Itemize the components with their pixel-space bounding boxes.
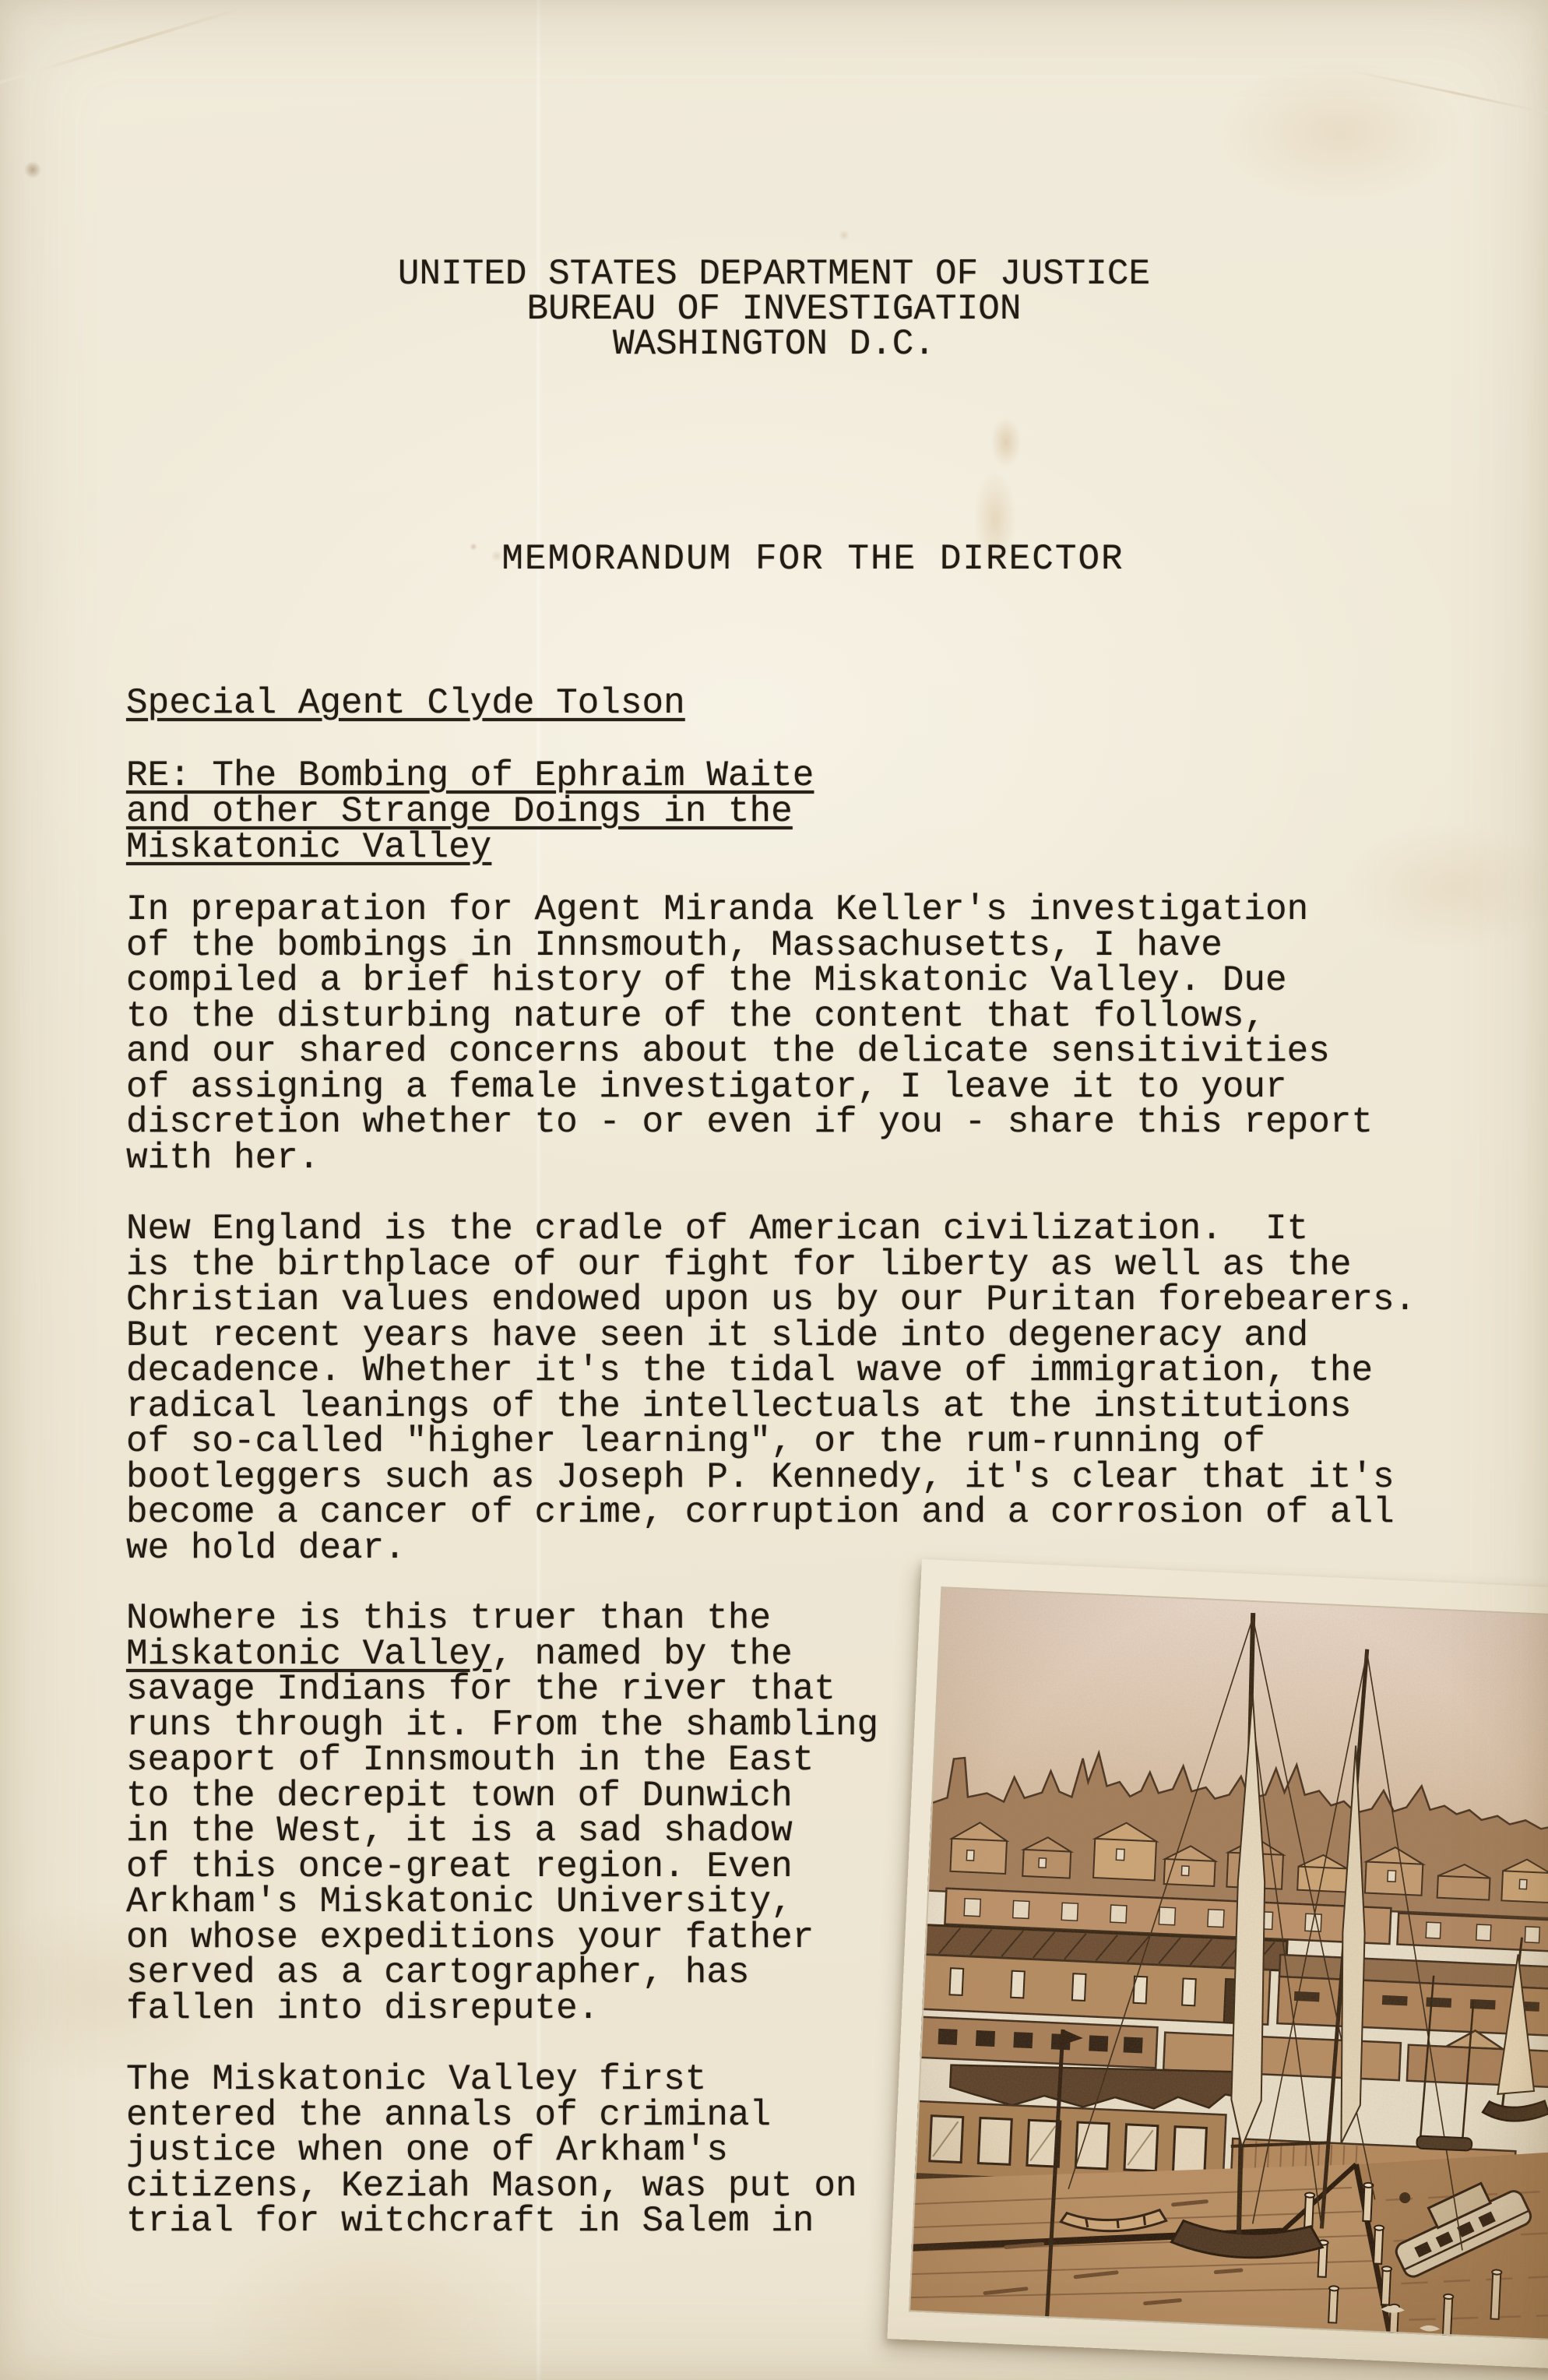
photo-vignette xyxy=(909,1586,1548,2340)
paragraph-3: Nowhere is this truer than the Miskatoni… xyxy=(126,1601,878,2026)
paragraph-4: The Miskatonic Valley first entered the … xyxy=(126,2062,857,2240)
memo-title: MEMORANDUM FOR THE DIRECTOR xyxy=(0,542,1548,578)
memo-page: UNITED STATES DEPARTMENT OF JUSTICE BURE… xyxy=(0,0,1548,2380)
letterhead-city: WASHINGTON D.C. xyxy=(613,324,935,364)
paragraph-2: New England is the cradle of American ci… xyxy=(126,1212,1416,1566)
paragraph-1: In preparation for Agent Miranda Keller'… xyxy=(126,892,1373,1176)
paragraph-3-text-continued: , named by the savage Indians for the ri… xyxy=(126,1634,878,2029)
paper-crease xyxy=(0,7,243,97)
paragraph-3-underlined-term: Miskatonic Valley xyxy=(126,1634,491,1674)
salutation: Special Agent Clyde Tolson xyxy=(126,686,685,722)
subject-line: RE: The Bombing of Ephraim Waite and oth… xyxy=(126,758,814,865)
paragraph-3-text: Nowhere is this truer than the xyxy=(126,1598,771,1639)
paper-crease xyxy=(1348,69,1548,120)
innsmouth-harbor-photograph-icon xyxy=(909,1586,1548,2340)
harbor-photograph xyxy=(887,1559,1548,2369)
letterhead-lines: UNITED STATES DEPARTMENT OF JUSTICE BURE… xyxy=(0,257,1548,362)
